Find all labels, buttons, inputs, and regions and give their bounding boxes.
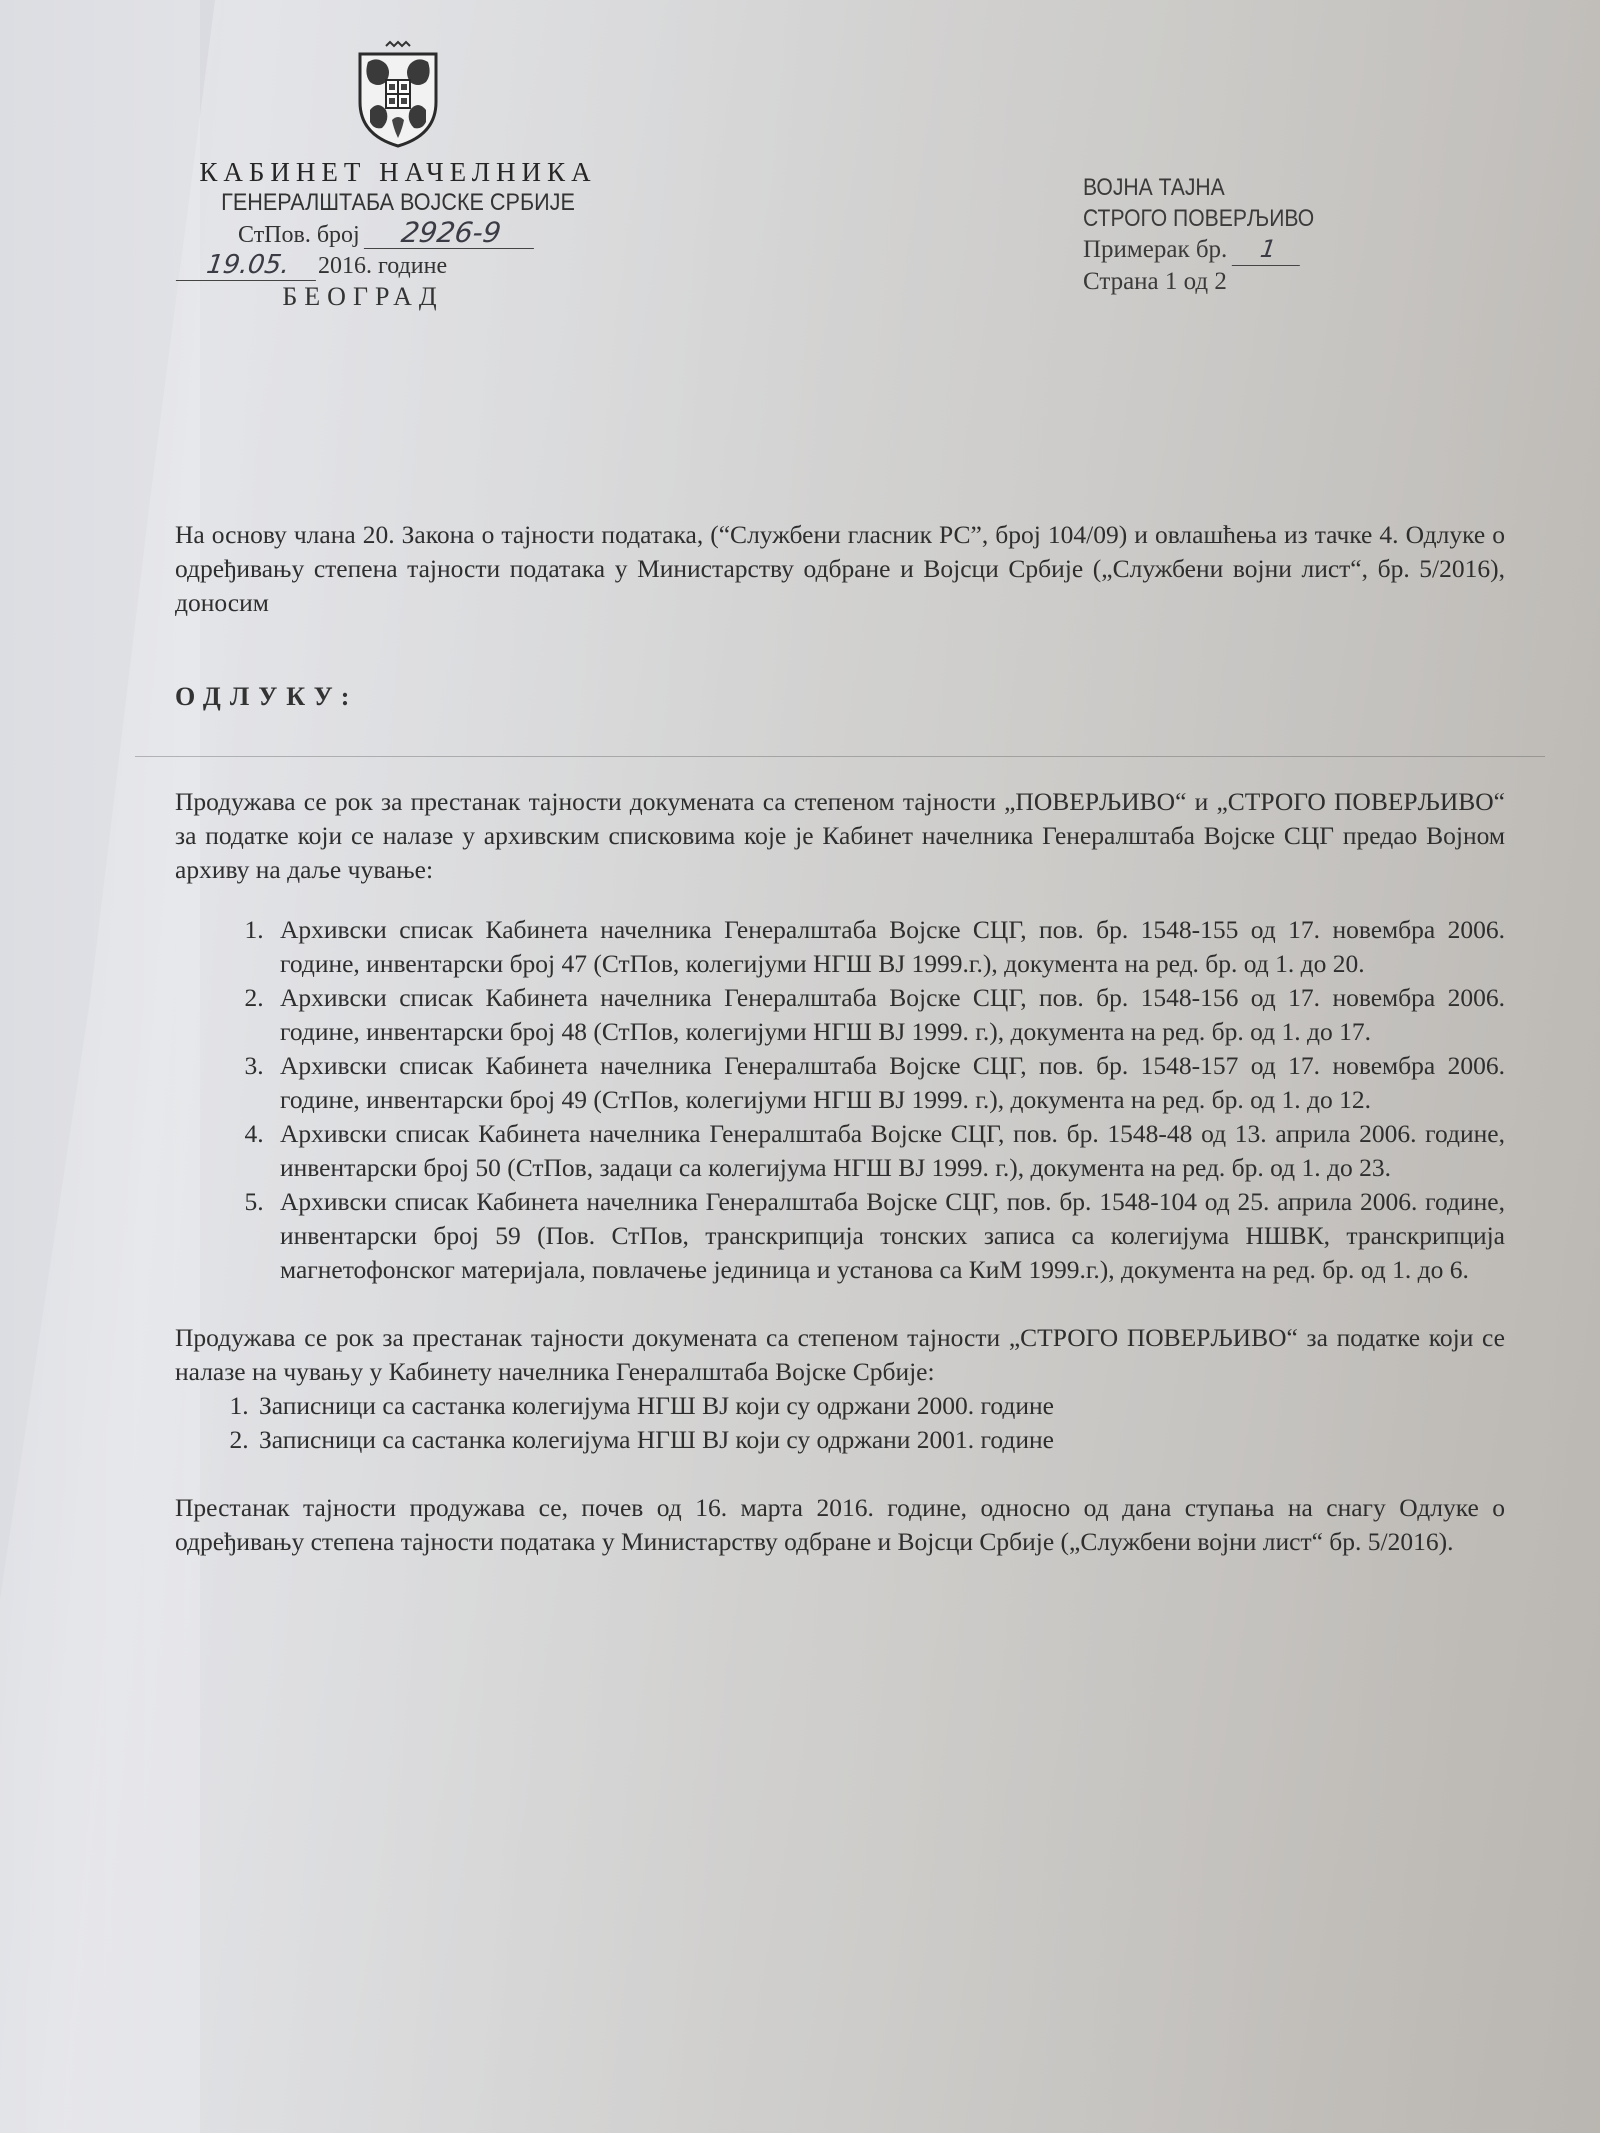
divider [135,756,1545,757]
intro-paragraph: На основу члана 20. Закона о тајности по… [175,518,1505,620]
list-item: Архивски списак Кабинета начелника Генер… [270,981,1505,1049]
classification-line-2: СТРОГО ПОВЕРЉИВО [1083,203,1314,234]
city: БЕОГРАД [108,281,618,313]
copy-number-line: Примерак бр. 1 [1083,234,1346,266]
reference-number-handwritten: 2926-9 [364,218,538,249]
institution-subname: ГЕНЕРАЛШТАБА ВОЈСКЕ СРБИЈЕ [200,188,596,218]
document-body: На основу члана 20. Закона о тајности по… [175,518,1505,1559]
section1-paragraph: Продужава се рок за престанак тајности д… [175,785,1505,887]
date-suffix: 2016. године [318,253,447,279]
list-item: Записници са састанка колегијума НГШ ВЈ … [255,1423,1505,1457]
decision-title: ОДЛУКУ: [175,680,1505,714]
reference-number-line: СтПов. број 2926-9 [238,218,618,250]
institution-name: КАБИНЕТ НАЧЕЛНИКА [178,156,618,188]
letterhead: КАБИНЕТ НАЧЕЛНИКА ГЕНЕРАЛШТАБА ВОЈСКЕ СР… [178,40,618,313]
section2-paragraph: Продужава се рок за престанак тајности д… [175,1321,1505,1389]
reference-label: СтПов. број [238,222,360,248]
list-item: Архивски списак Кабинета начелника Генер… [270,1117,1505,1185]
list-item: Записници са састанка колегијума НГШ ВЈ … [255,1389,1505,1423]
coat-of-arms-icon [348,40,448,150]
copy-number-handwritten: 1 [1231,234,1303,266]
copy-label: Примерак бр. [1083,236,1227,263]
page-info: Страна 1 од 2 [1083,266,1346,297]
list-item: Архивски списак Кабинета начелника Генер… [270,913,1505,981]
classification-line-1: ВОЈНА ТАЈНА [1083,172,1314,203]
minutes-list: Записници са састанка колегијума НГШ ВЈ … [175,1389,1505,1457]
date-line: 19.05.2016. године [178,250,618,281]
list-item: Архивски списак Кабинета начелника Генер… [270,1185,1505,1287]
closing-paragraph: Престанак тајности продужава се, почев о… [175,1491,1505,1559]
archive-list: Архивски списак Кабинета начелника Генер… [175,913,1505,1287]
date-handwritten: 19.05. [176,250,320,281]
list-item: Архивски списак Кабинета начелника Генер… [270,1049,1505,1117]
classification-block: ВОЈНА ТАЈНА СТРОГО ПОВЕРЉИВО Примерак бр… [1083,172,1346,297]
